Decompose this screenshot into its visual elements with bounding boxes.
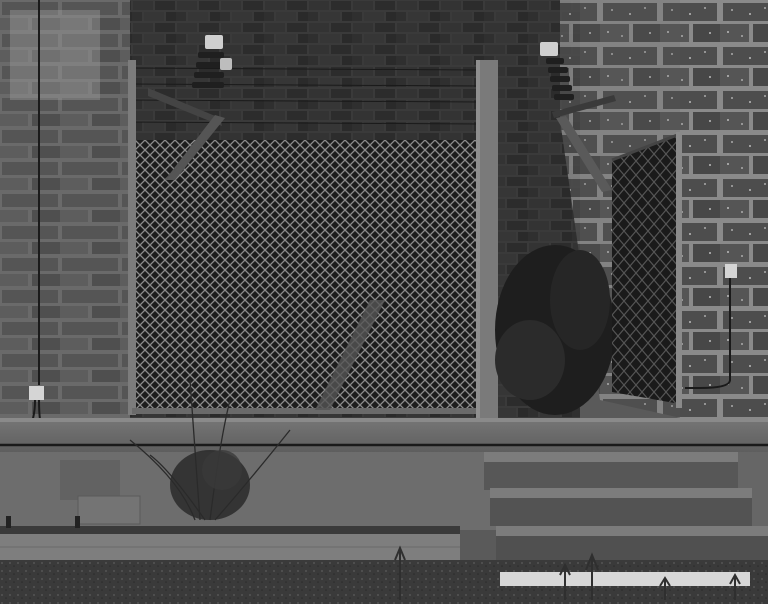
chain-link-fence-main — [132, 140, 477, 412]
brick-wall-right — [680, 0, 768, 420]
photograph — [0, 0, 768, 604]
junction-box-right — [725, 264, 737, 278]
chain-link-gate-right — [612, 134, 680, 404]
junction-box-left — [29, 386, 44, 400]
scene-svg — [0, 0, 768, 604]
concrete-steps — [484, 452, 768, 572]
concrete-ledge — [0, 418, 768, 452]
overgrowth — [495, 245, 615, 415]
pale-path — [500, 572, 750, 586]
